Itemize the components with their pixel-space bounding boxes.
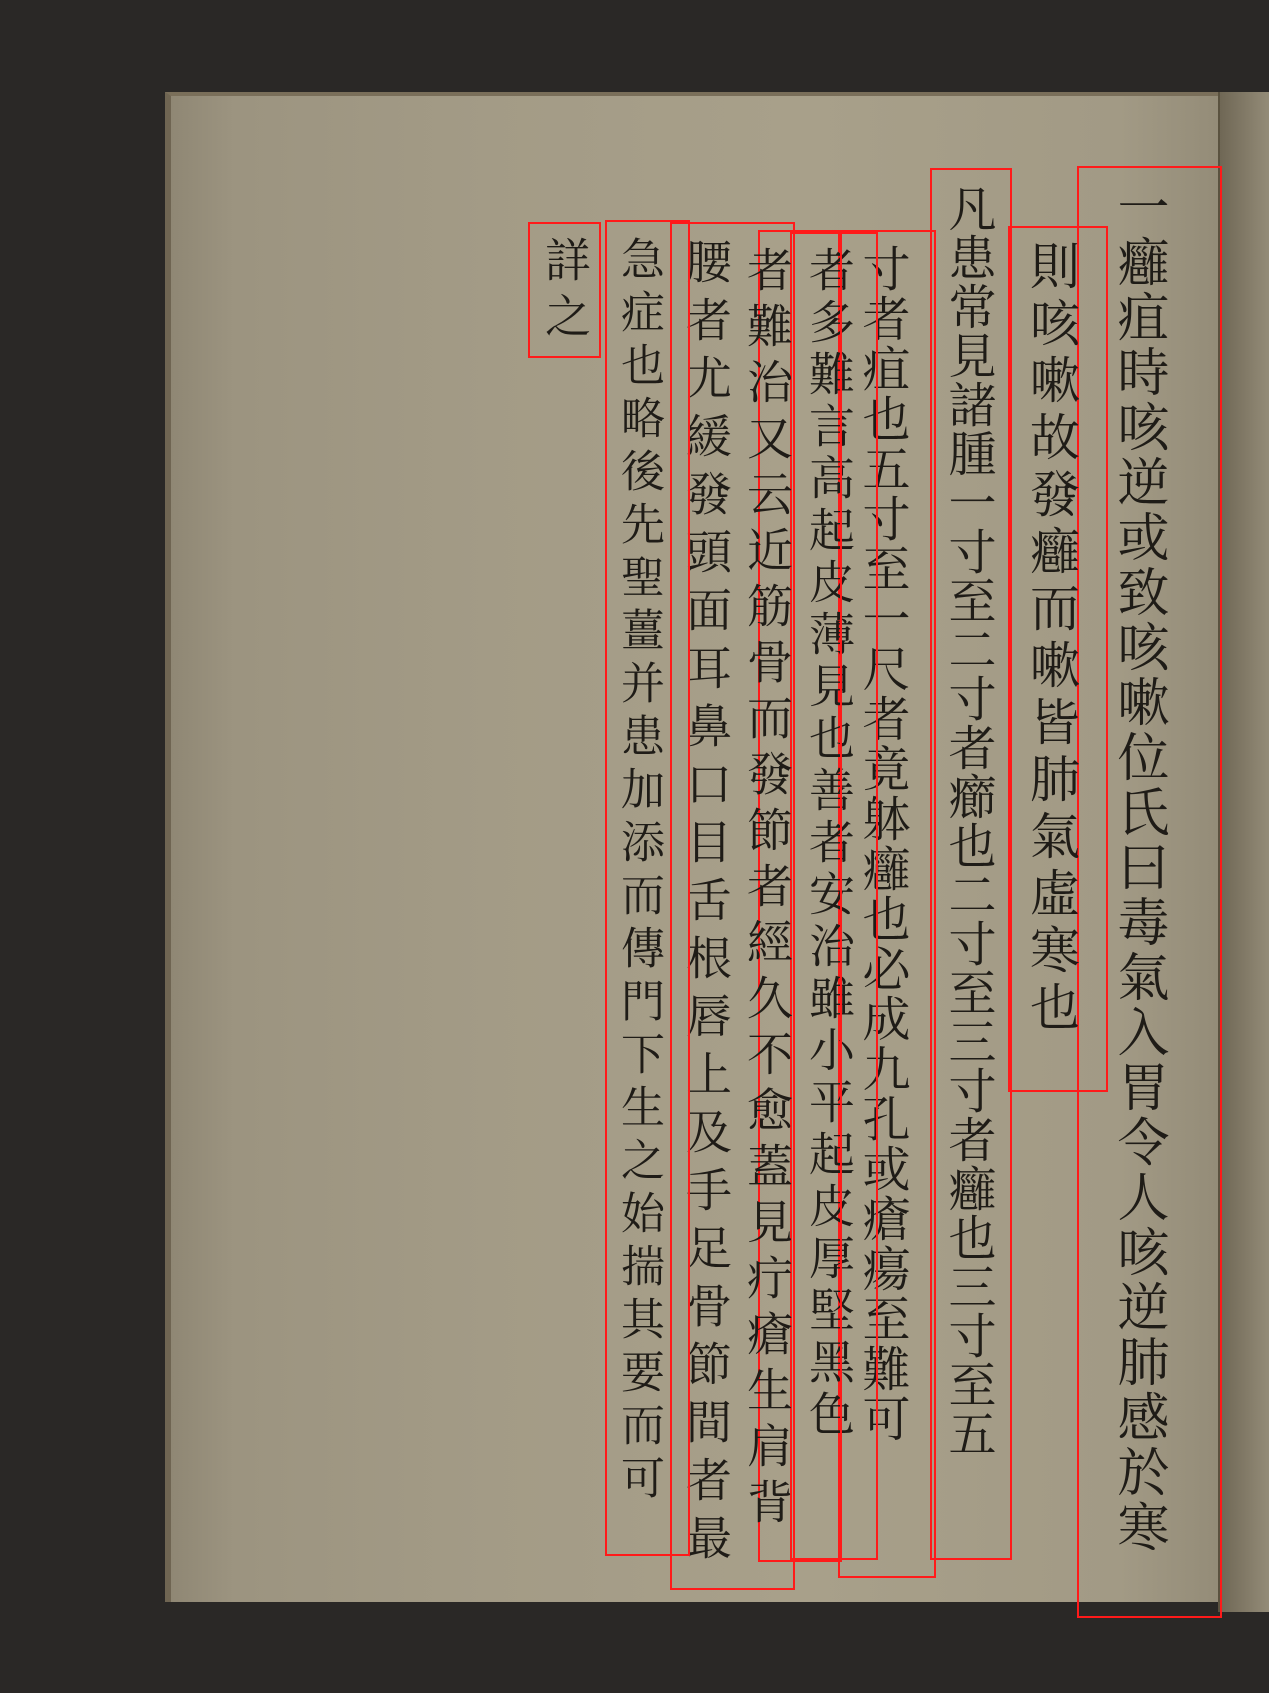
facing-page-edge — [1218, 92, 1269, 1612]
text-column-8: 急症也略後先聖薑并患加添而傳門下生之始揣其要而可 — [616, 236, 660, 1508]
text-column-2: 則咳嗽故發癰而嗽皆肺氣虛寒也 — [1026, 240, 1076, 1038]
text-column-1: 一癰疽時咳逆或致咳嗽位氏曰毒氣入胃令人咳逆肺感於寒 — [1112, 180, 1164, 1555]
text-column-3: 凡患常見諸腫一寸至二寸者癤也二寸至三寸者癰也三寸至五 — [944, 184, 992, 1458]
text-column-9: 詳之 — [542, 236, 588, 348]
